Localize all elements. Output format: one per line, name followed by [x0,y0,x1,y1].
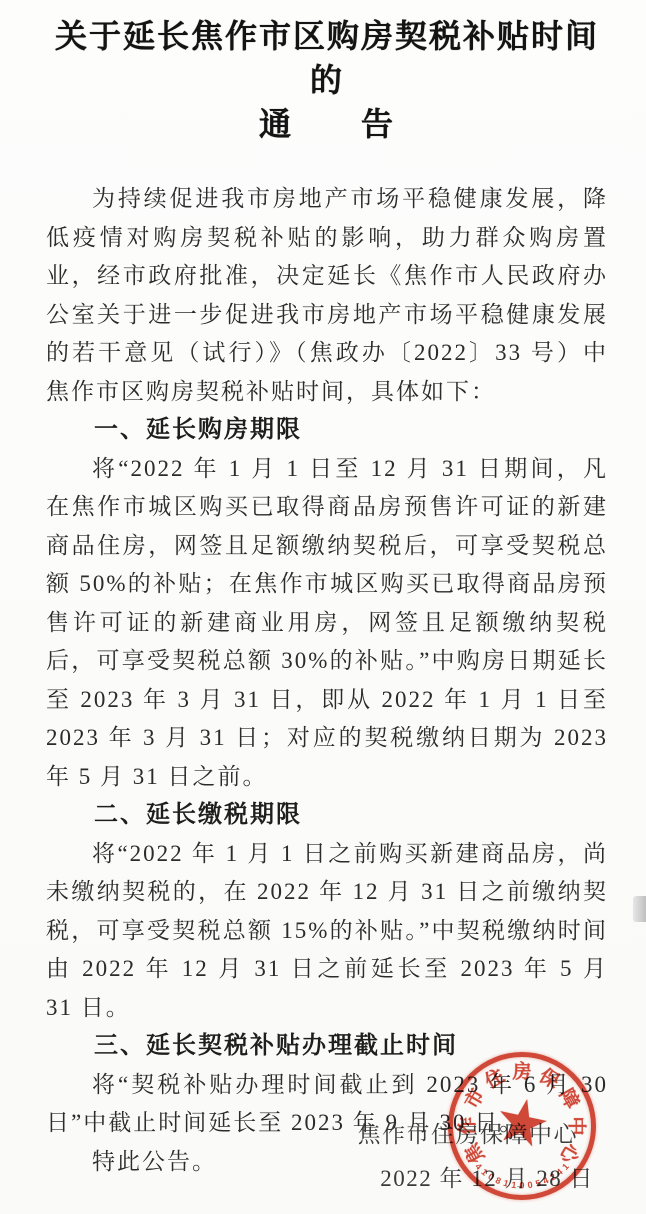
section-2-heading: 二、延长缴税期限 [46,796,608,835]
intro-paragraph: 为持续促进我市房地产市场平稳健康发展，降低疫情对购房契税补贴的影响，助力群众购房… [46,180,608,411]
document-text: 为持续促进我市房地产市场平稳健康发展，降低疫情对购房契税补贴的影响，助力群众购房… [46,180,608,1181]
document-title: 关于延长焦作市区购房契税补贴时间的 通 告 [46,14,608,146]
scrollbar-thumb[interactable] [633,896,646,922]
title-line-2: 通 告 [259,106,395,142]
section-2-paragraph: 将“2022 年 1 月 1 日之前购买新建商品房，尚未缴纳契税的，在 2022… [46,835,608,1028]
section-1-paragraph: 将“2022 年 1 月 1 日至 12 月 31 日期间，凡在焦作市城区购买已… [46,450,608,797]
section-1-heading: 一、延长购房期限 [46,411,608,450]
document-body: 关于延长焦作市区购房契税补贴时间的 通 告 为持续促进我市房地产市场平稳健康发展… [0,0,646,1181]
seal-code-digit: 0 [519,1182,524,1191]
notice-document: 关于延长焦作市区购房契税补贴时间的 通 告 为持续促进我市房地产市场平稳健康发展… [0,0,646,1214]
seal-ring-char: 作 [459,1116,478,1135]
official-seal: 焦作市住房保障中心 ★ 4108110054241 [448,1052,596,1200]
title-line-1: 关于延长焦作市区购房契税补贴时间的 [55,18,599,98]
seal-code-digit: 0 [527,1181,533,1191]
seal-ring-char: 房 [512,1063,531,1082]
seal-ring-char: 中 [567,1116,586,1135]
